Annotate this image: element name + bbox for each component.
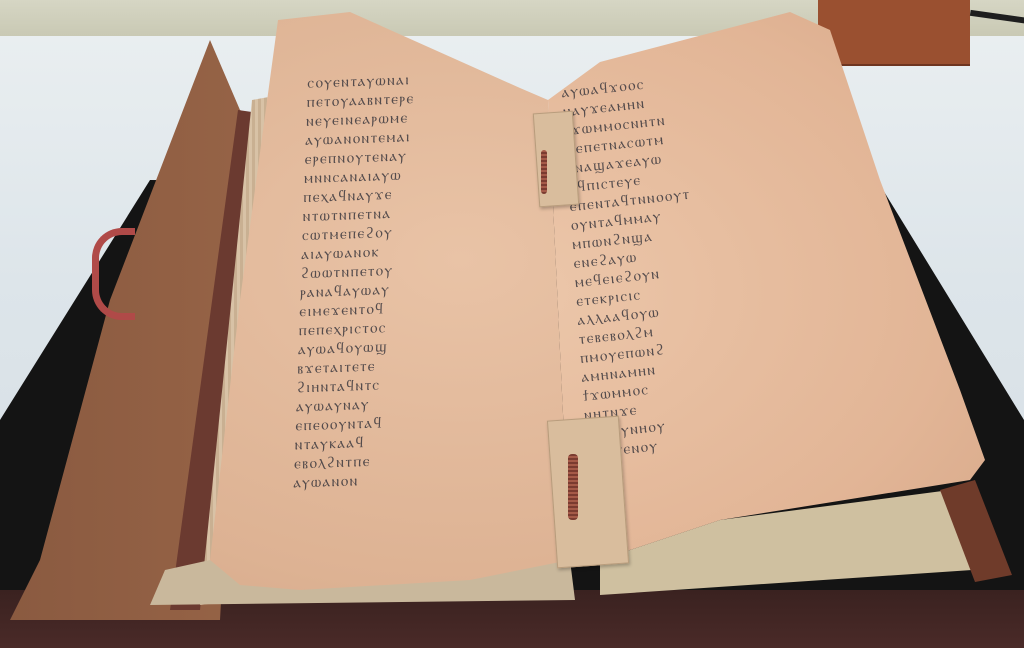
- left-page-script: ⲥⲟⲩⲉⲛⲧⲁⲩⲱⲛⲁⲓ ⲡⲉⲧⲟⲩⲁⲁⲃⲛⲧⲉⲣⲉ ⲛⲉⲩⲉⲓⲛⲉⲁⲣⲱⲙⲉ …: [292, 65, 547, 514]
- binding-stitch-top: [541, 150, 547, 194]
- binding-tab-top: [533, 111, 579, 208]
- binding-stitch-bottom: [568, 454, 578, 520]
- binding-tab-bottom: [547, 416, 629, 569]
- leather-strap-loop: [92, 228, 135, 320]
- codex-photograph: ⲥⲟⲩⲉⲛⲧⲁⲩⲱⲛⲁⲓ ⲡⲉⲧⲟⲩⲁⲁⲃⲛⲧⲉⲣⲉ ⲛⲉⲩⲉⲓⲛⲉⲁⲣⲱⲙⲉ …: [0, 0, 1024, 648]
- wooden-block: [818, 0, 970, 66]
